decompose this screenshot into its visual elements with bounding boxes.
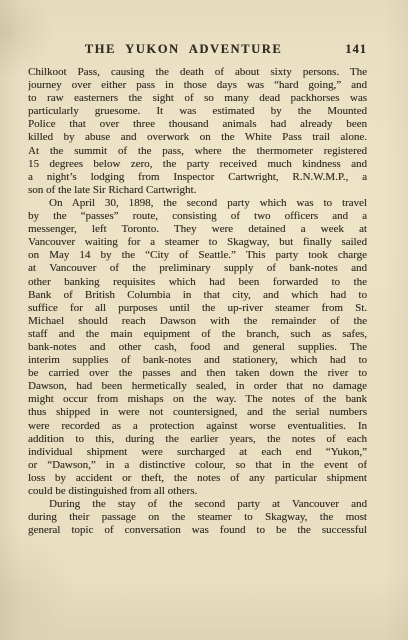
text-line: to raw easterners the sight of so many d…: [28, 92, 367, 105]
text-line: particularly gruesome. It was estimated …: [28, 105, 367, 118]
text-line: general topic of conversation was found …: [28, 524, 367, 537]
text-line: staff and the main equipment of the bran…: [28, 328, 367, 341]
book-page: THE YUKON ADVENTURE 141 Chilkoot Pass, c…: [0, 0, 408, 640]
text-line: Dawson, had been hermetically sealed, in…: [28, 380, 367, 393]
text-line: by the “passes” route, consisting of two…: [28, 210, 367, 223]
text-line: son of the late Sir Richard Cartwright.: [28, 184, 367, 197]
page-text: Chilkoot Pass, causing the death of abou…: [28, 66, 367, 537]
text-line: other banking requisites which had been …: [28, 276, 367, 289]
paragraph: During the stay of the second party at V…: [28, 498, 367, 537]
text-line: or “Dawson,” in a distinctive colour, so…: [28, 459, 367, 472]
text-line: At the summit of the pass, where the the…: [28, 145, 367, 158]
text-line: messenger, left Toronto. They were detai…: [28, 223, 367, 236]
text-line: be carried over the passes and then take…: [28, 367, 367, 380]
text-line: bank-notes and other cash, food and gene…: [28, 341, 367, 354]
text-line: 15 degrees below zero, the party receive…: [28, 158, 367, 171]
text-line: might occur from mishaps on the way. The…: [28, 393, 367, 406]
text-line: journey over either pass in those days w…: [28, 79, 367, 92]
text-line: Bank of British Columbia in that city, a…: [28, 289, 367, 302]
text-line: suffice for all purposes until the up-ri…: [28, 302, 367, 315]
text-line: addition to this, during the earlier yea…: [28, 433, 367, 446]
paragraph: Chilkoot Pass, causing the death of abou…: [28, 66, 367, 197]
text-line: On April 30, 1898, the second party whic…: [28, 197, 367, 210]
text-line: could be distinguished from all others.: [28, 485, 367, 498]
text-line: a night’s lodging from Inspector Cartwri…: [28, 171, 367, 184]
paragraph: On April 30, 1898, the second party whic…: [28, 197, 367, 498]
text-line: during their passage on the steamer to S…: [28, 511, 367, 524]
text-line: on May 14 by the “City of Seattle.” This…: [28, 249, 367, 262]
page-header: THE YUKON ADVENTURE 141: [28, 42, 367, 58]
text-line: Vancouver waiting for a steamer to Skagw…: [28, 236, 367, 249]
text-line: interim supplies of bank-notes and stati…: [28, 354, 367, 367]
text-line: loss by accident or theft, the notes of …: [28, 472, 367, 485]
text-line: Michael should reach Dawson with the rem…: [28, 315, 367, 328]
text-line: thus shipped in were not countersigned, …: [28, 406, 367, 419]
text-line: were recorded as a protection against wo…: [28, 420, 367, 433]
page-number: 141: [345, 42, 367, 57]
text-line: During the stay of the second party at V…: [28, 498, 367, 511]
text-line: at Vancouver of the preliminary supply o…: [28, 262, 367, 275]
text-line: killed by abuse and overwork on the Whit…: [28, 131, 367, 144]
running-head-title: THE YUKON ADVENTURE: [14, 42, 353, 57]
text-line: individual shipment were surcharged at e…: [28, 446, 367, 459]
text-line: Police that over three thousand animals …: [28, 118, 367, 131]
text-line: Chilkoot Pass, causing the death of abou…: [28, 66, 367, 79]
